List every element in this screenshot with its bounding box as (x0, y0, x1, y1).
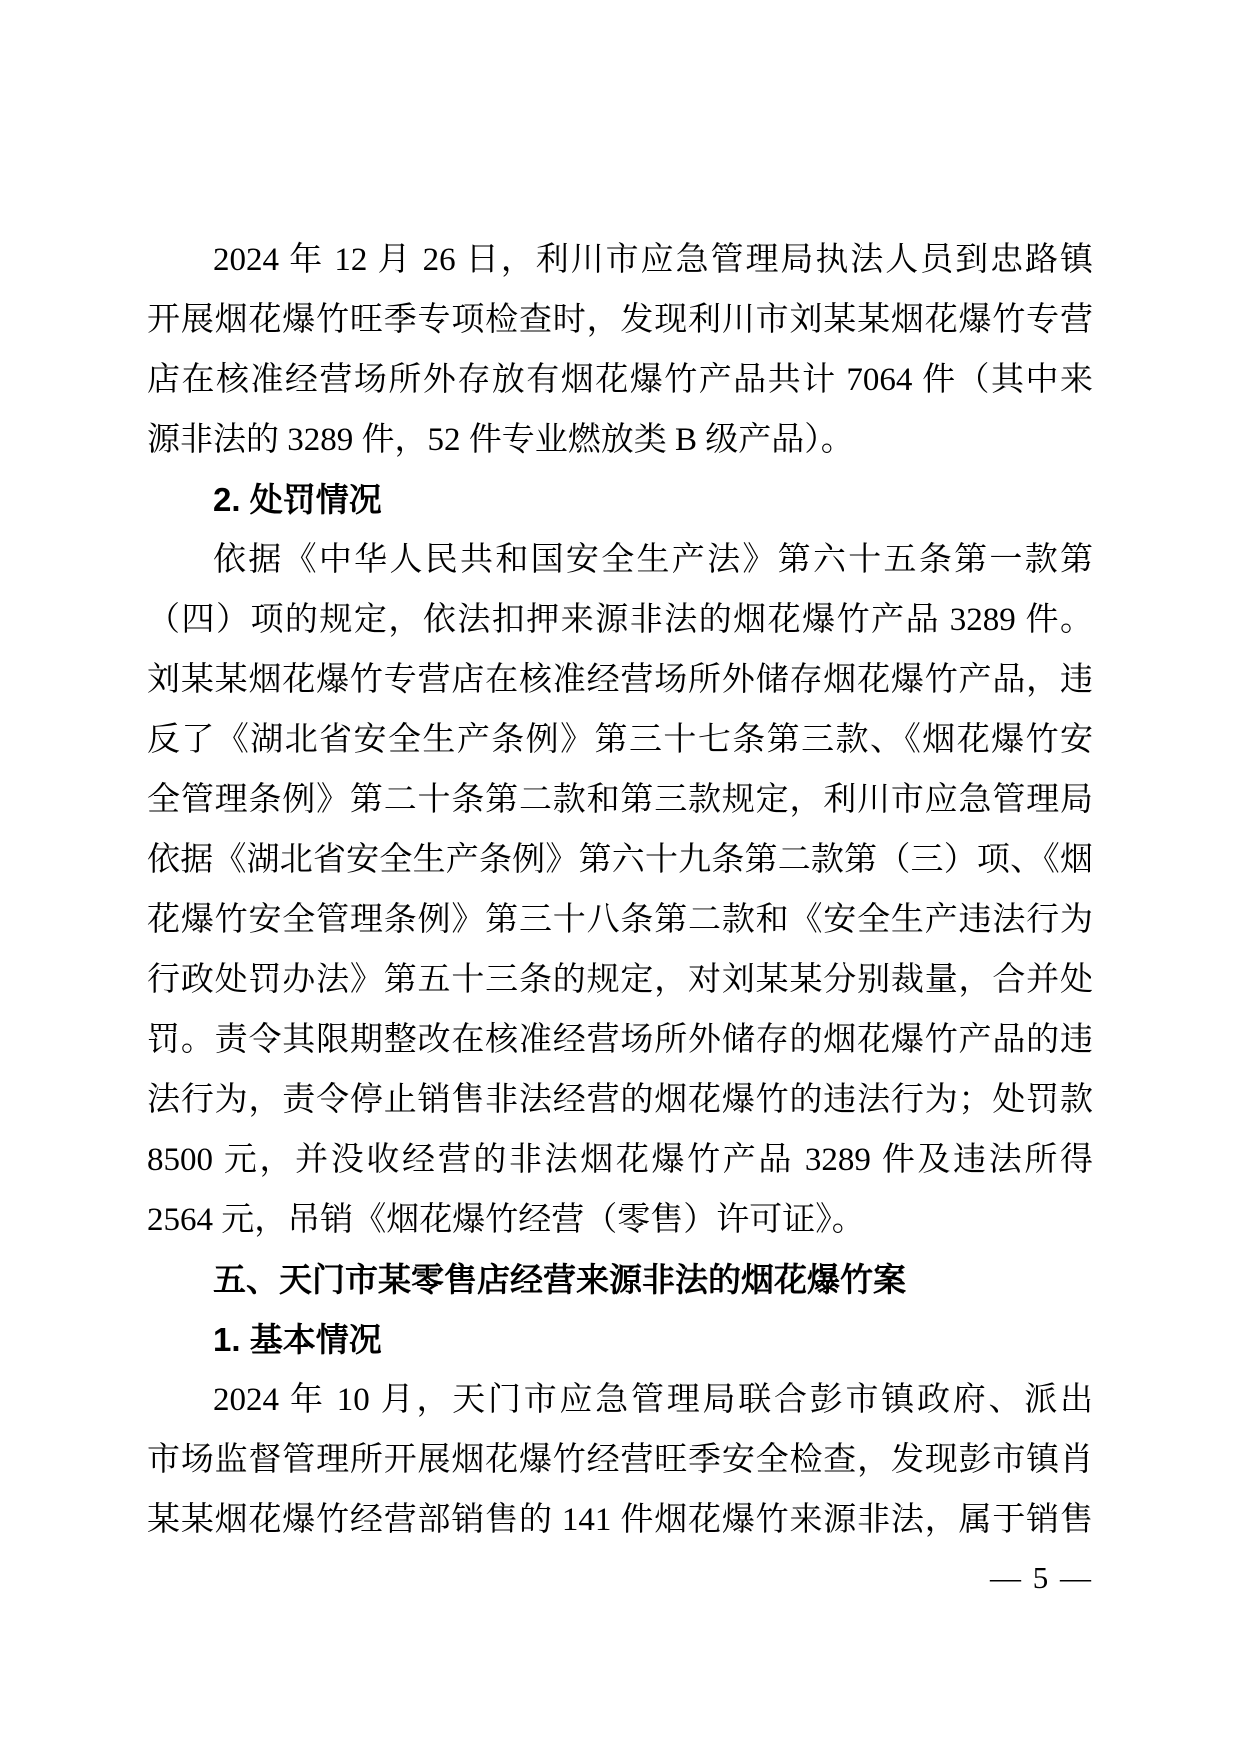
text-line: 2. 处罚情况 (147, 470, 1093, 530)
text-line: 市场监督管理所开展烟花爆竹经营旺季安全检查，发现彭市镇肖 (147, 1430, 1093, 1490)
text-line: 2564 元，吊销《烟花爆竹经营（零售）许可证》。 (147, 1190, 1093, 1250)
page-footer: — 5 — (147, 1560, 1093, 1596)
text-line: 8500 元，并没收经营的非法烟花爆竹产品 3289 件及违法所得 (147, 1130, 1093, 1190)
text-line: （四）项的规定，依法扣押来源非法的烟花爆竹产品 3289 件。 (147, 590, 1093, 650)
text-line: 2024 年 10 月，天门市应急管理局联合彭市镇政府、派出所、 (147, 1370, 1093, 1430)
text-line: 1. 基本情况 (147, 1310, 1093, 1370)
text-line: 源非法的 3289 件，52 件专业燃放类 B 级产品）。 (147, 410, 1093, 470)
text-line: 刘某某烟花爆竹专营店在核准经营场所外储存烟花爆竹产品，违 (147, 650, 1093, 710)
text-line: 2024 年 12 月 26 日，利川市应急管理局执法人员到忠路镇 (147, 230, 1093, 290)
text-line: 某某烟花爆竹经营部销售的 141 件烟花爆竹来源非法，属于销售 (147, 1490, 1093, 1550)
text-line: 法行为，责令停止销售非法经营的烟花爆竹的违法行为；处罚款 (147, 1070, 1093, 1130)
text-line: 店在核准经营场所外存放有烟花爆竹产品共计 7064 件（其中来 (147, 350, 1093, 410)
text-line: 行政处罚办法》第五十三条的规定，对刘某某分别裁量，合并处 (147, 950, 1093, 1010)
page-number: — 5 — (990, 1560, 1093, 1595)
text-line: 罚。责令其限期整改在核准经营场所外储存的烟花爆竹产品的违 (147, 1010, 1093, 1070)
text-line: 依据《湖北省安全生产条例》第六十九条第二款第（三）项、《烟 (147, 830, 1093, 890)
document-body: 2024 年 12 月 26 日，利川市应急管理局执法人员到忠路镇 开展烟花爆竹… (147, 230, 1093, 1550)
text-line: 反了《湖北省安全生产条例》第三十七条第三款、《烟花爆竹安 (147, 710, 1093, 770)
text-line: 花爆竹安全管理条例》第三十八条第二款和《安全生产违法行为 (147, 890, 1093, 950)
document-page: 2024 年 12 月 26 日，利川市应急管理局执法人员到忠路镇 开展烟花爆竹… (0, 0, 1240, 1753)
text-line: 依据《中华人民共和国安全生产法》第六十五条第一款第 (147, 530, 1093, 590)
text-line: 开展烟花爆竹旺季专项检查时，发现利川市刘某某烟花爆竹专营 (147, 290, 1093, 350)
text-line: 全管理条例》第二十条第二款和第三款规定，利川市应急管理局 (147, 770, 1093, 830)
text-line: 五、天门市某零售店经营来源非法的烟花爆竹案 (147, 1250, 1093, 1310)
